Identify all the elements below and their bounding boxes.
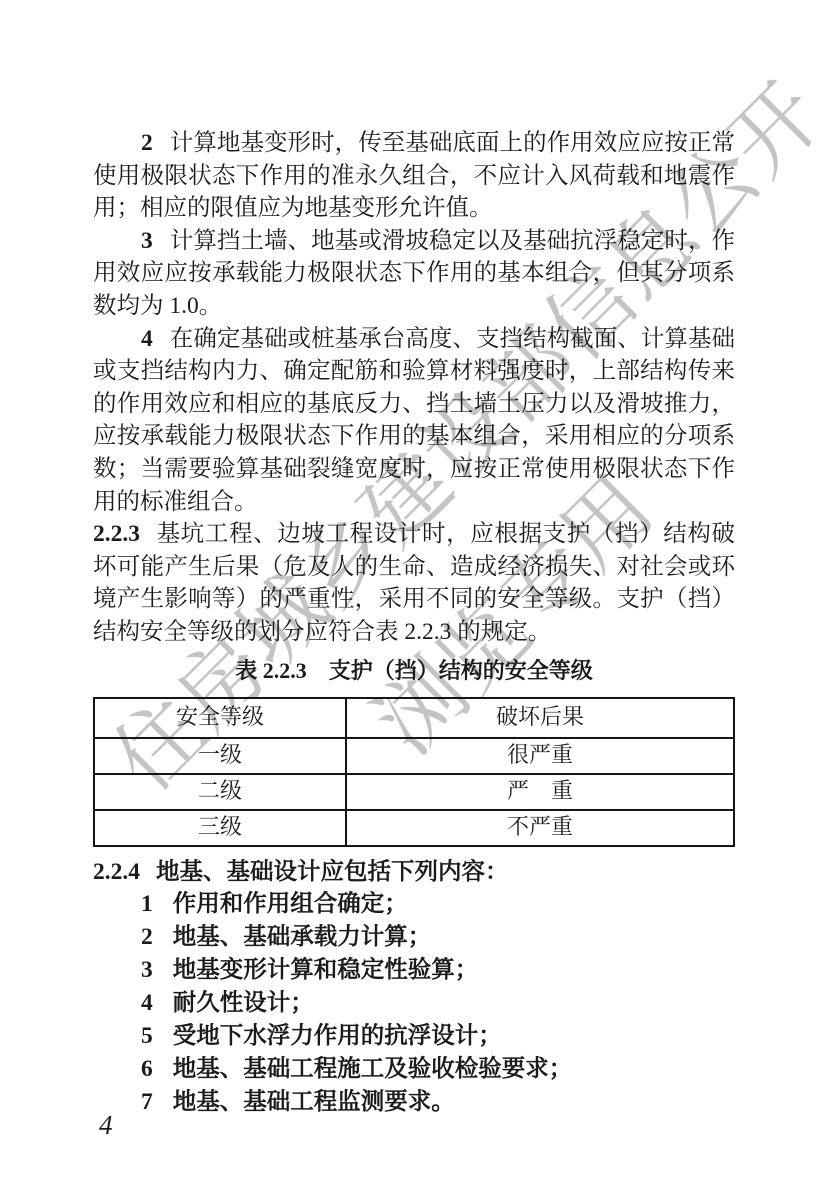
table-header-cell: 安全等级 [94,698,346,738]
table-title: 表 2.2.3 支护（挡）结构的安全等级 [93,656,735,686]
table-cell: 二级 [94,774,346,810]
table-cell: 不严重 [346,810,734,846]
list-item-7: 7地基、基础工程监测要求。 [93,1086,735,1119]
paragraph-number: 3 [141,228,170,254]
paragraph-item-4: 4在确定基础或桩基承台高度、支挡结构截面、计算基础或支挡结构内力、确定配筋和验算… [93,323,735,519]
list-item-5: 5受地下水浮力作用的抗浮设计； [93,1020,735,1053]
paragraph-text: 计算地基变形时，传至基础底面上的作用效应应按正常使用极限状态下作用的准永久组合，… [93,130,735,221]
list-item-3: 3地基变形计算和稳定性验算； [93,954,735,987]
list-item-number: 1 [141,891,173,917]
clause-number: 2.2.3 [93,521,156,547]
list-item-text: 地基、基础承载力计算； [173,924,432,950]
table-cell: 严 重 [346,774,734,810]
list-item-number: 7 [141,1089,173,1115]
table-row: 二级 严 重 [94,774,734,810]
paragraph-item-2: 2计算地基变形时，传至基础底面上的作用效应应按正常使用极限状态下作用的准永久组合… [93,127,735,225]
table-header-row: 安全等级 破坏后果 [94,698,734,738]
clause-text: 基坑工程、边坡工程设计时，应根据支护（挡）结构破坏可能产生后果（危及人的生命、造… [93,521,735,645]
list-item-number: 3 [141,957,173,983]
list-item-number: 6 [141,1056,173,1082]
clause-2-2-3: 2.2.3基坑工程、边坡工程设计时，应根据支护（挡）结构破坏可能产生后果（危及人… [93,518,735,648]
paragraph-number: 4 [141,326,170,352]
list-item-text: 受地下水浮力作用的抗浮设计； [173,1023,502,1049]
table-cell: 一级 [94,738,346,774]
paragraph-text: 计算挡土墙、地基或滑坡稳定以及基础抗浮稳定时，作用效应应按承载能力极限状态下作用… [93,228,735,319]
list-item-number: 5 [141,1023,173,1049]
list-item-text: 耐久性设计； [173,990,314,1016]
list-item-text: 地基、基础工程施工及验收检验要求； [173,1056,573,1082]
table-row: 三级 不严重 [94,810,734,846]
table-row: 一级 很严重 [94,738,734,774]
list-item-number: 2 [141,924,173,950]
paragraph-text: 在确定基础或桩基承台高度、支挡结构截面、计算基础或支挡结构内力、确定配筋和验算材… [93,326,735,515]
page-content: 2计算地基变形时，传至基础底面上的作用效应应按正常使用极限状态下作用的准永久组合… [0,0,828,1198]
clause-2-2-4: 2.2.4地基、基础设计应包括下列内容： [93,856,735,889]
list-item-text: 地基变形计算和稳定性验算； [173,957,479,983]
page-number: 4 [99,1110,113,1141]
clause-number: 2.2.4 [93,859,156,885]
list-item-text: 地基、基础工程监测要求。 [173,1089,455,1115]
clause-text: 地基、基础设计应包括下列内容： [156,859,509,885]
table-cell: 很严重 [346,738,734,774]
safety-grade-table: 安全等级 破坏后果 一级 很严重 二级 严 重 三级 不严重 [93,697,735,847]
list-item-1: 1作用和作用组合确定； [93,888,735,921]
list-item-2: 2地基、基础承载力计算； [93,921,735,954]
table-header-cell: 破坏后果 [346,698,734,738]
list-item-6: 6地基、基础工程施工及验收检验要求； [93,1053,735,1086]
paragraph-item-3: 3计算挡土墙、地基或滑坡稳定以及基础抗浮稳定时，作用效应应按承载能力极限状态下作… [93,225,735,323]
table-cell: 三级 [94,810,346,846]
paragraph-number: 2 [141,130,170,156]
list-item-4: 4耐久性设计； [93,987,735,1020]
document-page: 住房城乡建设部信息公开 浏览专用 2计算地基变形时，传至基础底面上的作用效应应按… [0,0,828,1198]
list-item-text: 作用和作用组合确定； [173,891,408,917]
list-item-number: 4 [141,990,173,1016]
